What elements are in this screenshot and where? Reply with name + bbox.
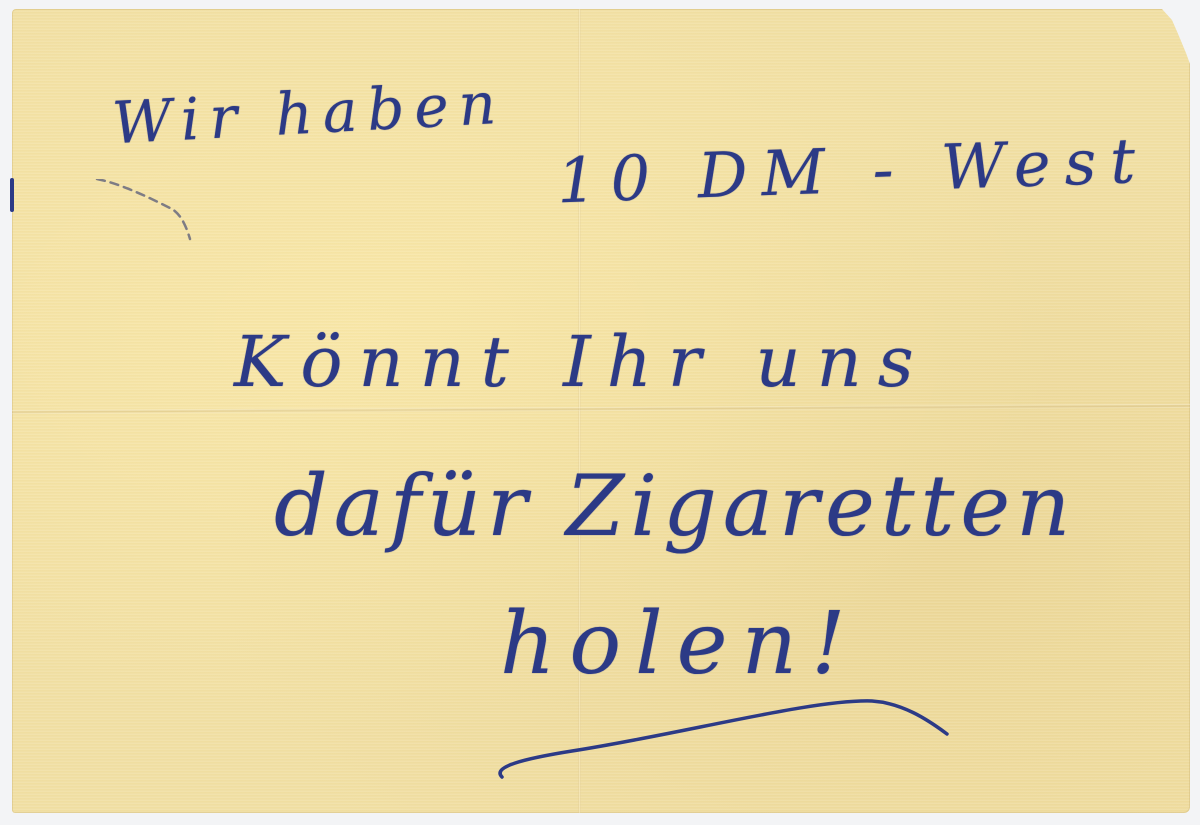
note-line-dafuer-zigaretten: dafür Zigaretten [274,457,1076,555]
underline-swash [482,679,962,799]
note-line-koennt-ihr-uns: Könnt Ihr uns [234,321,930,403]
stray-ink-mark [92,179,212,259]
note-line-wir-haben: Wir haben [110,69,507,158]
note-line-10-dm-west: 10 DM - West [556,124,1150,218]
note-paper: Wir haben 10 DM - West Könnt Ihr uns daf… [12,9,1190,813]
scan-background: Wir haben 10 DM - West Könnt Ihr uns daf… [0,0,1200,825]
torn-corner [1150,9,1190,64]
edge-ink-mark [10,178,14,212]
